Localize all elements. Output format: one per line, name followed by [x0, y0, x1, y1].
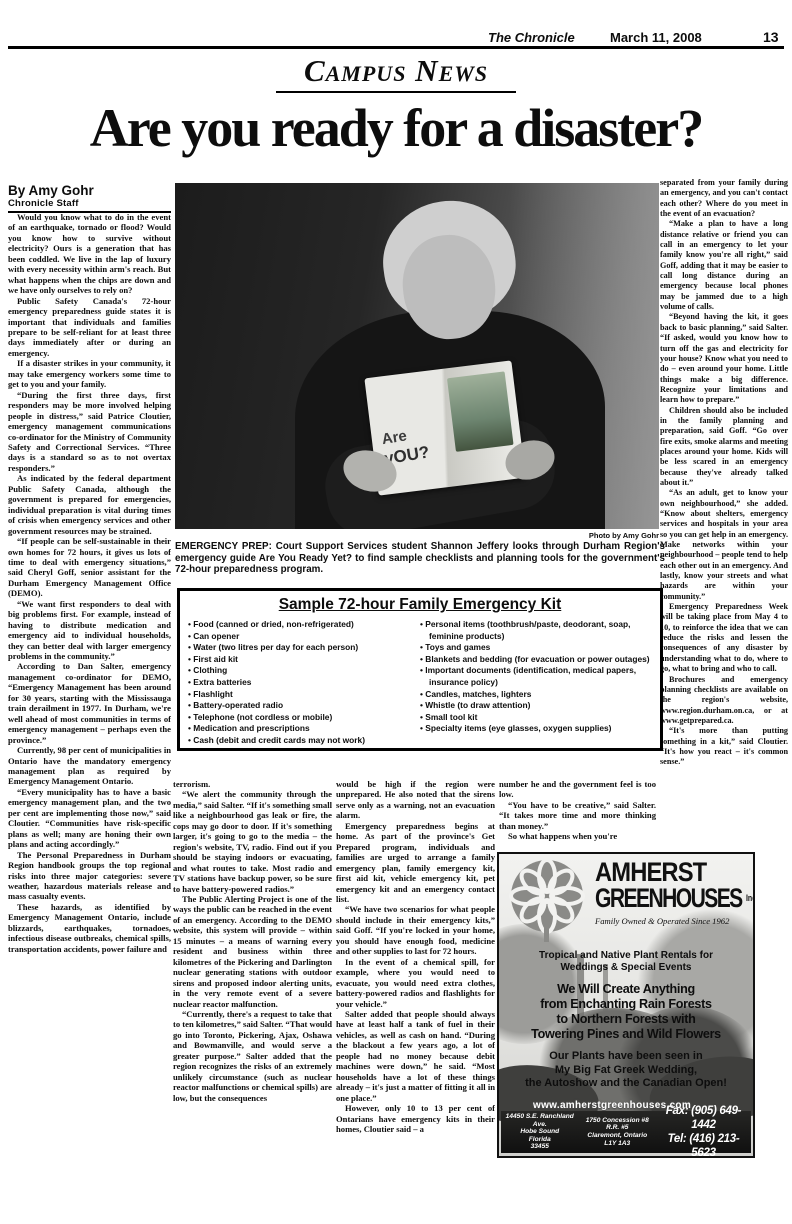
kit-item: Flashlight [188, 689, 420, 701]
article-paragraph: These hazards, as identified by Emergenc… [8, 902, 171, 954]
kit-item: Whistle (to draw attention) [420, 700, 652, 712]
kit-column-left: Food (canned or dried, non-refrigerated)… [188, 619, 420, 747]
article-paragraph: “If people can be self-sustainable in th… [8, 536, 171, 599]
kit-item: Important documents (identification, med… [420, 665, 652, 688]
article-paragraph: “You have to be creative,” said Salter. … [499, 800, 656, 831]
ad-contact-band: 14450 S.E. Ranchland Ave.Hobe SoundFlori… [501, 1111, 751, 1153]
article-paragraph: “We have two scenarios for what people s… [336, 904, 495, 956]
article-paragraph: “We alert the community through the medi… [173, 789, 332, 894]
byline-author: By Amy Gohr [8, 183, 171, 198]
article-paragraph: Salter added that people should always h… [336, 1009, 495, 1103]
section-banner: Campus News [0, 53, 792, 93]
ad-address-line: Claremont, Ontario [579, 1132, 657, 1140]
kit-item: Clothing [188, 665, 420, 677]
article-paragraph: Currently, 98 per cent of municipalities… [8, 745, 171, 787]
ad-address-line: Hobe Sound [501, 1128, 579, 1136]
kit-item: Candles, matches, lighters [420, 689, 652, 701]
ad-pitch-text: We Will Create Anythingfrom Enchanting R… [499, 982, 753, 1042]
article-column-2: terrorism.“We alert the community throug… [173, 779, 332, 1164]
ad-address-line: 14450 S.E. Ranchland Ave. [501, 1113, 579, 1128]
article-column-4: number he and the government feel is too… [499, 779, 656, 857]
ad-address-ca: 1750 Concession #8R.R. #5Claremont, Onta… [579, 1117, 657, 1147]
ad-address-line: 1750 Concession #8 [579, 1117, 657, 1125]
article-paragraph: Would you know what to do in the event o… [8, 212, 171, 296]
ad-credits-line: My Big Fat Greek Wedding, [499, 1064, 753, 1078]
photo-credit: Photo by Amy Gohr [175, 531, 659, 540]
kit-columns: Food (canned or dried, non-refrigerated)… [180, 619, 660, 747]
kit-item: Toys and games [420, 642, 652, 654]
kit-item: Food (canned or dried, non-refrigerated) [188, 619, 420, 631]
ad-tel: Tel: (416) 213-5623 [656, 1132, 751, 1158]
article-paragraph: If a disaster strikes in your community,… [8, 358, 171, 389]
ad-address-us: 14450 S.E. Ranchland Ave.Hobe SoundFlori… [501, 1113, 579, 1151]
kit-item: Water (two litres per day for each perso… [188, 642, 420, 654]
article-paragraph: would be high if the region were unprepa… [336, 779, 495, 821]
news-photo: Are yOU? [175, 183, 659, 529]
article-paragraph: In the event of a chemical spill, for ex… [336, 957, 495, 1009]
booklet-title-line1: Are [381, 427, 408, 448]
newspaper-page: { "masthead": { "paper": "The Chronicle"… [0, 0, 792, 1224]
kit-item: Cash (debit and credit cards may not wor… [188, 735, 420, 747]
kit-item: Blankets and bedding (for evacuation or … [420, 654, 652, 666]
ad-offer-text: Tropical and Native Plant Rentals forWed… [499, 950, 753, 974]
ad-tagline: Family Owned & Operated Since 1962 [595, 916, 753, 926]
article-paragraph: separated from your family during an eme… [660, 178, 788, 219]
article-paragraph: However, only 10 to 13 per cent of Ontar… [336, 1103, 495, 1134]
article-paragraph: Brochures and emergency planning checkli… [660, 675, 788, 727]
photo-caption: EMERGENCY PREP: Court Support Services s… [175, 541, 665, 576]
ad-fax: Fax: (905) 649-1442 [656, 1104, 751, 1132]
ad-company-name: AMHERST GREENHOUSES Inc. [595, 860, 753, 911]
ad-address-line: L1Y 1A3 [579, 1140, 657, 1148]
ad-address-line: R.R. #5 [579, 1124, 657, 1132]
article-column-1: Would you know what to do in the event o… [8, 212, 171, 1154]
page-number: 13 [763, 29, 779, 45]
kit-column-right: Personal items (toothbrush/paste, deodor… [420, 619, 652, 747]
section-title: Campus News [276, 53, 516, 93]
ad-address-line: Florida [501, 1136, 579, 1144]
kit-item: Battery-operated radio [188, 700, 420, 712]
article-paragraph: The Personal Preparedness in Durham Regi… [8, 850, 171, 902]
byline-role: Chronicle Staff [8, 198, 171, 209]
ad-address-line: 33455 [501, 1143, 579, 1151]
flower-logo-icon [503, 858, 591, 942]
emergency-kit-box: Sample 72-hour Family Emergency Kit Food… [177, 588, 663, 751]
amherst-greenhouses-ad: AMHERST GREENHOUSES Inc. Family Owned & … [497, 852, 755, 1158]
ad-pitch-line: from Enchanting Rain Forests [499, 997, 753, 1012]
ad-pitch-line: We Will Create Anything [499, 982, 753, 997]
ad-name-line2: GREENHOUSES Inc. [595, 885, 718, 911]
kit-item: Telephone (not cordless or mobile) [188, 712, 420, 724]
article-paragraph: “Beyond having the kit, it goes back to … [660, 312, 788, 405]
kit-list-right: Personal items (toothbrush/paste, deodor… [420, 619, 652, 735]
article-paragraph: Public Safety Canada's 72-hour emergency… [8, 296, 171, 359]
article-paragraph: “We want first responders to deal with b… [8, 599, 171, 662]
article-paragraph: number he and the government feel is too… [499, 779, 656, 800]
article-paragraph: According to Dan Salter, emergency manag… [8, 661, 171, 745]
ad-pitch-line: Towering Pines and Wild Flowers [499, 1027, 753, 1042]
article-paragraph: “It's more than putting something in a k… [660, 726, 788, 767]
kit-item: Small tool kit [420, 712, 652, 724]
ad-credits-line: the Autoshow and the Canadian Open! [499, 1077, 753, 1091]
kit-item: Extra batteries [188, 677, 420, 689]
kit-box-title: Sample 72-hour Family Emergency Kit [180, 596, 660, 614]
kit-item: Medication and prescriptions [188, 723, 420, 735]
headline: Are you ready for a disaster? [0, 97, 792, 159]
article-paragraph: The Public Alerting Project is one of th… [173, 894, 332, 1009]
article-paragraph: “Every municipality has to have a basic … [8, 787, 171, 850]
article-paragraph: terrorism. [173, 779, 332, 789]
newspaper-name: The Chronicle [488, 30, 575, 45]
kit-list-left: Food (canned or dried, non-refrigerated)… [188, 619, 420, 747]
ad-credits-text: Our Plants have been seen inMy Big Fat G… [499, 1050, 753, 1091]
article-paragraph: “Make a plan to have a long distance rel… [660, 219, 788, 312]
article-paragraph: As indicated by the federal department P… [8, 473, 171, 536]
article-paragraph: Emergency preparedness begins at home. A… [336, 821, 495, 905]
masthead-rule [8, 46, 784, 49]
ad-name-line1: AMHERST [595, 860, 734, 885]
article-paragraph: So what happens when you're [499, 831, 656, 841]
ad-offer-line: Tropical and Native Plant Rentals for [499, 950, 753, 962]
article-column-5: separated from your family during an eme… [660, 178, 788, 858]
article-column-3: would be high if the region were unprepa… [336, 779, 495, 1189]
article-paragraph: Children should also be included in the … [660, 406, 788, 489]
ad-credits-line: Our Plants have been seen in [499, 1050, 753, 1064]
byline: By Amy Gohr Chronicle Staff [8, 183, 171, 213]
kit-item: Personal items (toothbrush/paste, deodor… [420, 619, 652, 642]
booklet-cover-art [447, 371, 514, 452]
article-paragraph: “During the first three days, first resp… [8, 390, 171, 474]
article-paragraph: Emergency Preparedness Week will be taki… [660, 602, 788, 674]
caption-lead: EMERGENCY PREP: [175, 541, 276, 552]
ad-offer-line: Weddings & Special Events [499, 962, 753, 974]
article-paragraph: “As an adult, get to know your own neigh… [660, 488, 788, 602]
ad-phone-numbers: Fax: (905) 649-1442 Tel: (416) 213-5623 [656, 1104, 751, 1158]
kit-item: Specialty items (eye glasses, oxygen sup… [420, 723, 652, 735]
kit-item: Can opener [188, 631, 420, 643]
kit-item: First aid kit [188, 654, 420, 666]
ad-pitch-line: to Northern Forests with [499, 1012, 753, 1027]
issue-date: March 11, 2008 [610, 30, 702, 45]
article-paragraph: “Currently, there's a request to take th… [173, 1009, 332, 1103]
ad-name-suffix: Inc. [746, 893, 755, 903]
